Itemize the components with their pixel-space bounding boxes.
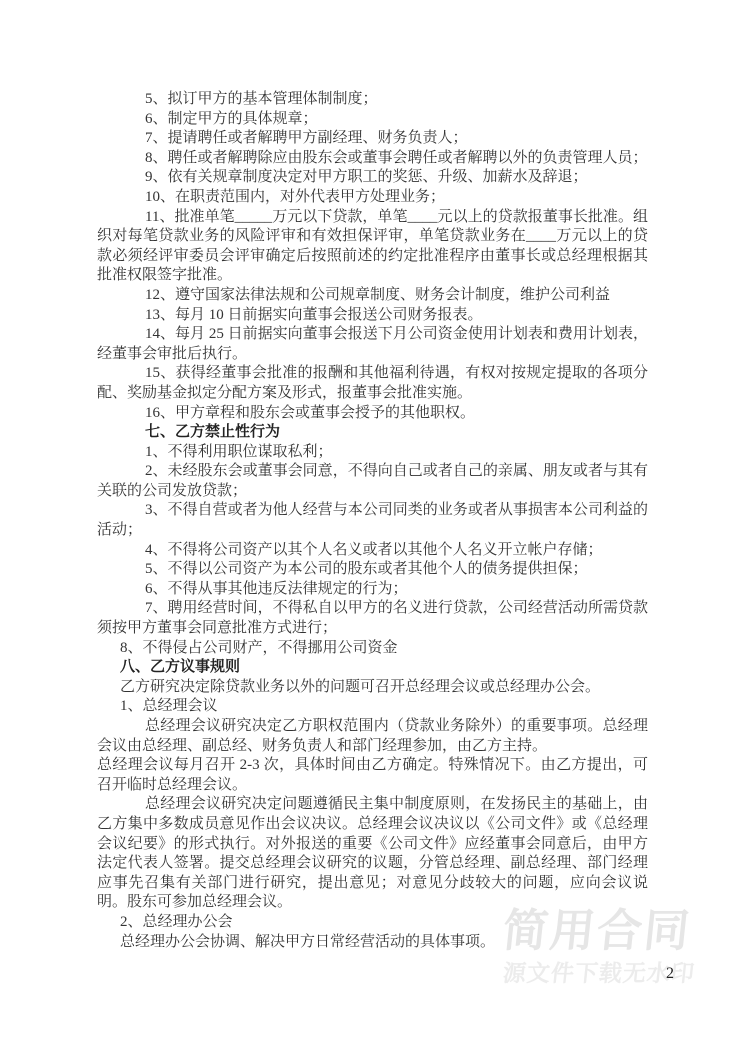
document-body: 5、拟订甲方的基本管理体制制度；6、制定甲方的具体规章；7、提请聘任或者解聘甲方… bbox=[97, 90, 648, 952]
section-heading: 七、乙方禁止性行为 bbox=[97, 423, 648, 443]
paragraph: 总经理会议研究决定问题遵循民主集中制度原则，在发扬民主的基础上，由乙方集中多数成… bbox=[97, 795, 648, 913]
paragraph: 总经理办公会协调、解决甲方日常经营活动的具体事项。 bbox=[97, 933, 648, 953]
paragraph: 11、批准单笔_____万元以下贷款，单笔____元以上的贷款报董事长批准。组织… bbox=[97, 208, 648, 286]
paragraph: 5、拟订甲方的基本管理体制制度； bbox=[97, 90, 648, 110]
section-heading: 八、乙方议事规则 bbox=[97, 658, 648, 678]
paragraph: 9、依有关规章制度决定对甲方职工的奖惩、升级、加薪水及辞退； bbox=[97, 168, 648, 188]
paragraph: 6、不得从事其他违反法律规定的行为； bbox=[97, 580, 648, 600]
paragraph: 8、聘任或者解聘除应由股东会或董事会聘任或者解聘以外的负责管理人员； bbox=[97, 149, 648, 169]
paragraph: 1、不得利用职位谋取私利； bbox=[97, 443, 648, 463]
paragraph: 8、不得侵占公司财产，不得挪用公司资金 bbox=[97, 639, 648, 659]
paragraph: 4、不得将公司资产以其个人名义或者以其他个人名义开立帐户存储； bbox=[97, 541, 648, 561]
paragraph: 13、每月 10 日前据实向董事会报送公司财务报表。 bbox=[97, 306, 648, 326]
paragraph: 乙方研究决定除贷款业务以外的问题可召开总经理会议或总经理办公会。 bbox=[97, 678, 648, 698]
paragraph: 3、不得自营或者为他人经营与本公司同类的业务或者从事损害本公司利益的活动； bbox=[97, 501, 648, 540]
paragraph: 7、提请聘任或者解聘甲方副经理、财务负责人； bbox=[97, 129, 648, 149]
watermark-tagline-text: 源文件下载无水印 bbox=[502, 960, 715, 986]
paragraph: 5、不得以公司资产为本公司的股东或者其他个人的债务提供担保； bbox=[97, 560, 648, 580]
paragraph: 总经理会议每月召开 2-3 次，具体时间由乙方确定。特殊情况下。由乙方提出，可召… bbox=[97, 756, 648, 795]
paragraph: 总经理会议研究决定乙方职权范围内（贷款业务除外）的重要事项。总经理会议由总经理、… bbox=[97, 717, 648, 756]
paragraph: 15、获得经董事会批准的报酬和其他福利待遇，有权对按规定提取的各项分配、奖励基金… bbox=[97, 364, 648, 403]
paragraph: 10、在职责范围内，对外代表甲方处理业务； bbox=[97, 188, 648, 208]
paragraph: 1、总经理会议 bbox=[97, 697, 648, 717]
paragraph: 14、每月 25 日前据实向董事会报送下月公司资金使用计划表和费用计划表，经董事… bbox=[97, 325, 648, 364]
paragraph: 12、遵守国家法律法规和公司规章制度、财务会计制度，维护公司利益 bbox=[97, 286, 648, 306]
paragraph: 2、总经理办公会 bbox=[97, 913, 648, 933]
paragraph: 16、甲方章程和股东会或董事会授予的其他职权。 bbox=[97, 404, 648, 424]
paragraph: 2、未经股东会或董事会同意，不得向自己或者自己的亲属、朋友或者与其有关联的公司发… bbox=[97, 462, 648, 501]
paragraph: 6、制定甲方的具体规章； bbox=[97, 110, 648, 130]
page-number: 2 bbox=[666, 965, 674, 983]
paragraph: 7、聘用经营时间，不得私自以甲方的名义进行贷款，公司经营活动所需贷款须按甲方董事… bbox=[97, 599, 648, 638]
